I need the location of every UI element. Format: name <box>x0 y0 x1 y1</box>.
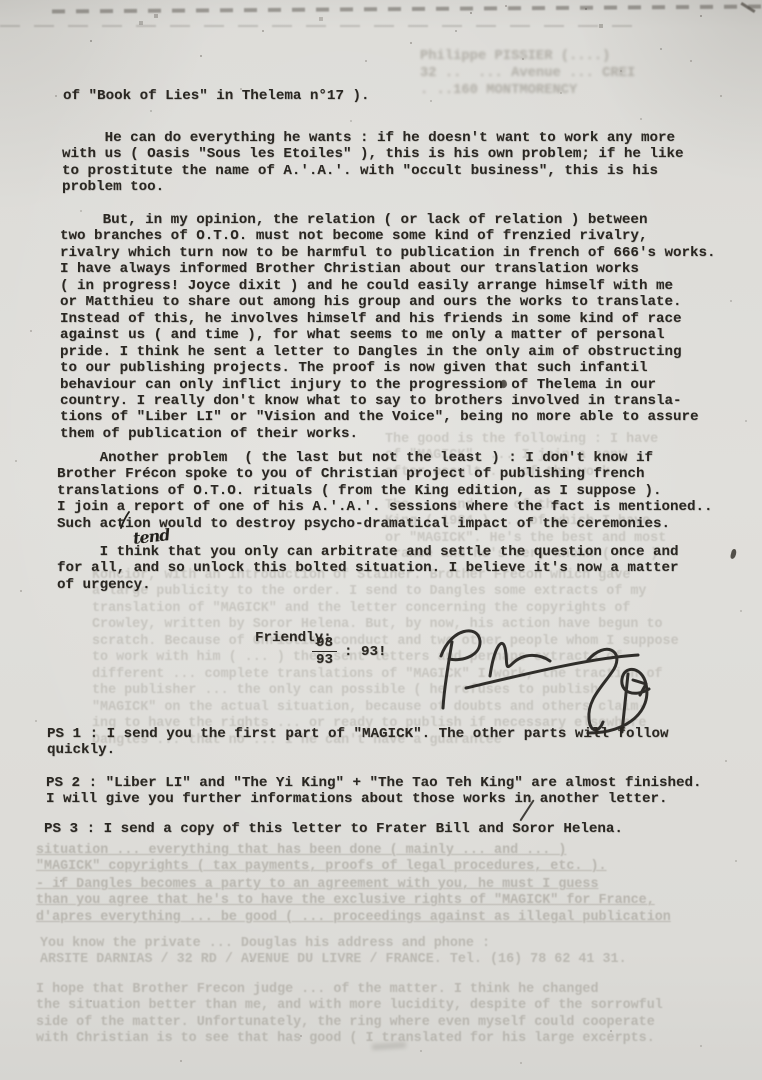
postscript-2: PS 2 : "Liber LI" and "The Yi King" + "T… <box>46 775 702 808</box>
ghost-bottom-paragraph: I hope that Brother Frecon judge ... of … <box>36 982 663 1048</box>
ghost-underlined-block-1: situation ... everything that has been d… <box>36 843 607 876</box>
postscript-1: PS 1 : I send you the first part of "MAG… <box>47 726 669 759</box>
scan-streak-top <box>52 5 762 14</box>
letter-paragraph-2: He can do everything he wants : if he do… <box>62 130 684 196</box>
ghost-underlined-block-2: - if Dangles becomes a party to an agree… <box>36 877 671 926</box>
closing-93-formula: 93 93 : 93! <box>312 636 387 667</box>
scan-streak-secondary <box>0 25 640 27</box>
letter-paragraph-5: I think that you only can arbitrate and … <box>57 544 679 593</box>
ghost-address-block: Philippe PISSIER (....) 32 .. ... Avenue… <box>420 48 635 99</box>
fraction-numerator: 93 <box>316 636 333 650</box>
fraction-suffix: : 93! <box>344 644 387 660</box>
right-edge-ink-mark <box>730 549 737 560</box>
letter-paragraph-3: But, in my opinion, the relation ( or la… <box>60 212 716 442</box>
postscript-3: PS 3 : I send a copy of this letter to F… <box>44 821 623 837</box>
fraction-denominator: 93 <box>316 653 333 667</box>
paper-speckles <box>0 0 2 2</box>
letter-paragraph-1: of "Book of Lies" in Thelema n°17 ). <box>63 88 370 104</box>
ninety-three-fraction: 93 93 <box>312 636 337 667</box>
letter-paragraph-4: Another problem ( the last but not the l… <box>57 450 713 532</box>
insertion-caret-mark <box>118 511 132 529</box>
ghost-contact-block: You know the private ... Douglas his add… <box>40 936 627 969</box>
handwritten-insert-word: tend <box>132 525 170 548</box>
scanned-letter-page: Philippe PISSIER (....) 32 .. ... Avenue… <box>0 0 762 1080</box>
